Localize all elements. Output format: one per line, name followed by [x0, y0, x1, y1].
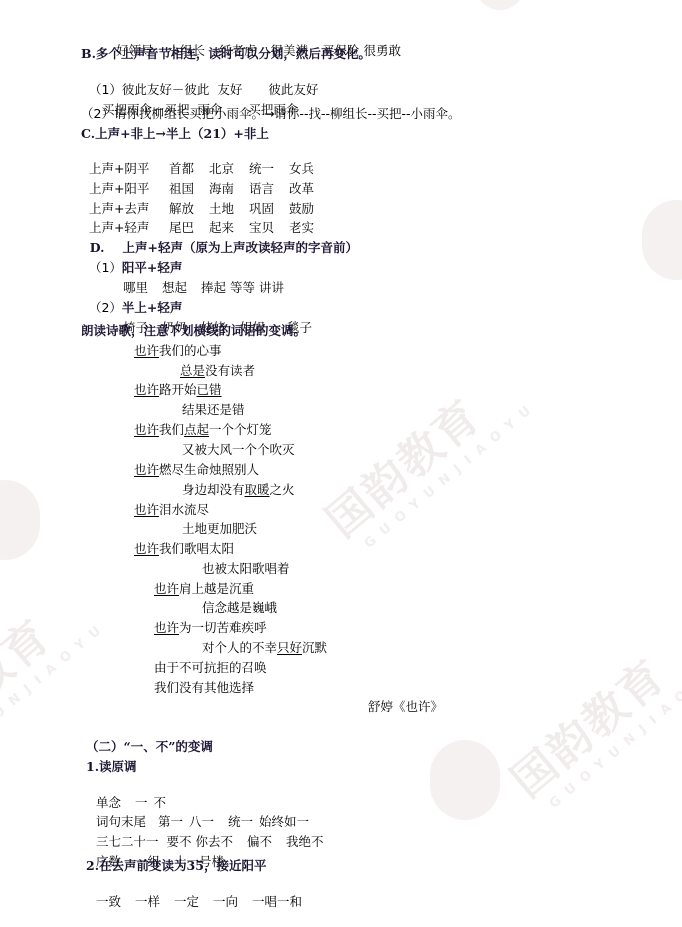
watermark-logo-top [475, 0, 525, 10]
poem-line: 也许燃尽生命烛照别人 [134, 462, 259, 478]
poem-line: 也被太阳歌唱着 [202, 561, 290, 577]
watermark-logo-bottom [430, 740, 500, 820]
poem-line: 又被大风一个个吹灭 [182, 442, 295, 458]
poem-line: 也许我们点起一个个灯笼 [134, 422, 272, 438]
watermark-lower-right: 国韵教育 GUOYUNJIAOYU [495, 609, 682, 821]
part2-sub2-words: 一致一样一定一向一唱一和 [88, 878, 302, 910]
part2-sub1-heading: 1.读原调 [86, 759, 137, 775]
poem-line: 也许为一切苦难疾呼 [154, 620, 267, 636]
poem-line: 结果还是错 [182, 402, 245, 418]
poem-line: 我们没有其他选择 [154, 680, 254, 696]
poem-instruction: 朗读诗歌，注意下划横线的词语的变调。 [81, 323, 306, 339]
poem-line: 土地更加肥沃 [182, 521, 257, 537]
poem-line: 也许我们歌唱太阳 [134, 541, 234, 557]
poem-line: 也许路开始已错 [134, 382, 222, 398]
poem-line: 也许泪水流尽 [134, 502, 209, 518]
part2-sub2-heading: 2.在去声前变读为35，接近阳平 [86, 858, 266, 874]
poem-line: 身边却没有取暖之火 [182, 482, 295, 498]
poem-line: 信念越是巍峨 [202, 600, 277, 616]
poem-line: 也许肩上越是沉重 [154, 581, 254, 597]
poem-line: 由于不可抗拒的召唤 [154, 660, 267, 676]
watermark-logo-left [0, 480, 40, 560]
section-b-heading: B.多个上声音节相连，读时可以分划，然后再变化。 [81, 46, 371, 62]
poem-line: 也许我们的心事 [128, 343, 222, 359]
part2-heading: （二）“一、不”的变调 [86, 739, 213, 755]
watermark-center: 国韵教育 GUOYUNJIAOYU [310, 349, 541, 561]
poem-line: 对个人的不幸只好沉默 [202, 640, 327, 656]
poem-line: 总是没有读者 [180, 363, 255, 379]
poem-attribution: 舒婷《也许》 [368, 699, 443, 715]
section-c-heading: C.上声+非上→半上（21）+非上 [81, 126, 269, 142]
watermark-logo-right [642, 200, 682, 280]
section-b-line3: （2）请你找柳组长买把小雨伞。→请你--找--柳组长--买把--小雨伞。 [81, 106, 461, 122]
